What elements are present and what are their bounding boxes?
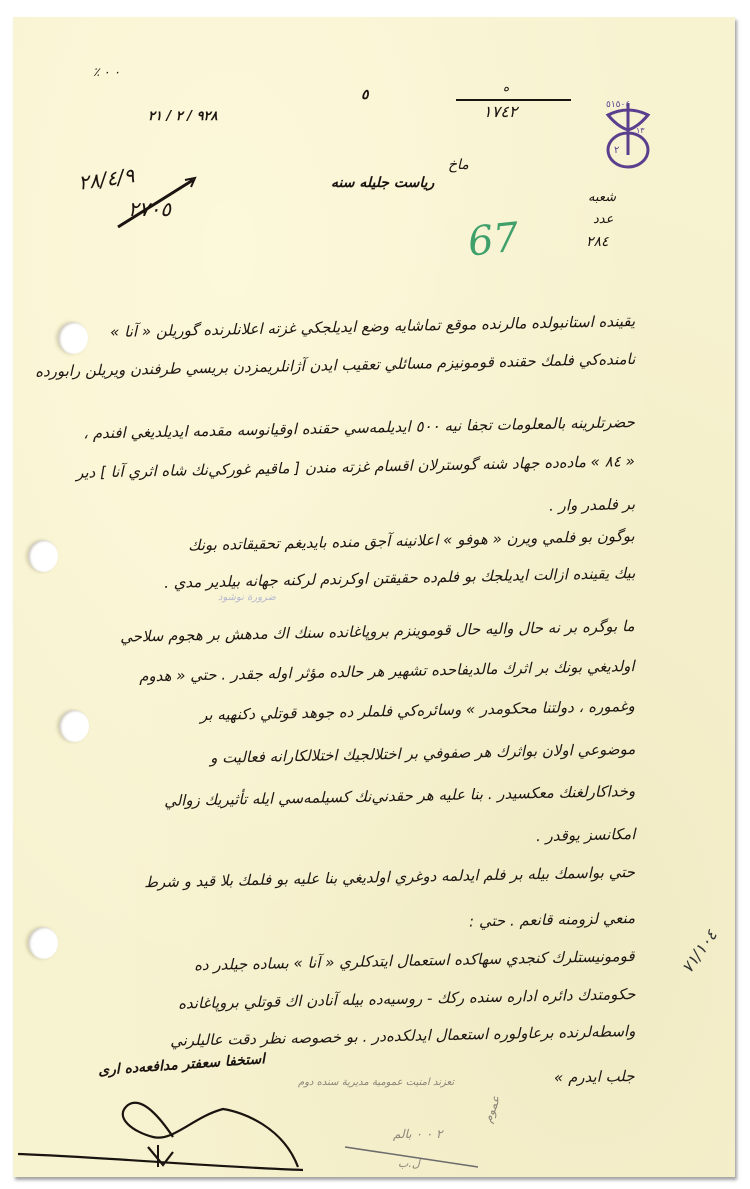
body-line: منعي لزومنه قانعم . حتي : [469,909,635,930]
faint-margin-mark: ضرورة نوشود [218,592,276,603]
signature-icon [13,1097,323,1177]
body-line: بوگون بو فلمي ويرن « هوفو » اعلانينه آجق… [188,527,635,554]
archive-reference-number: ٧١/١٠٤ [678,926,721,977]
body-line: قومونيستلرك كنجدي سهاكده استعمال ايتدكلر… [194,947,635,974]
pencil-note-block-line1: عموم [481,1094,504,1125]
body-line: « ٨٤ » ماده‌ده جهاد شنه گوسترلان اقسام غ… [76,452,635,482]
reference-small-mark: ٥ [361,87,369,103]
body-line: موضوعي اولان بواثرك هر صفوفي بر اختلالجي… [210,740,636,767]
body-line: حضرتلرينه بالمعلومات تجفا نيه ٥٠٠ ايديلم… [83,413,635,443]
body-line: حكومتدك دائره اداره سنده ركك - روسيه‌ده … [177,985,635,1013]
body-line: واسطه‌لرنده برعاولوره استعمال ايدلكده‌در… [170,1022,636,1050]
closing-phrase: استخفا سعفتر مدافعه‌ده ارى [98,1051,266,1079]
reference-divider [456,99,571,101]
punch-hole [28,540,58,572]
right-block-line1: شعبه [588,190,616,205]
pencil-note-line: تعزند امنيت عمومية مديرية سنده دوم [298,1077,454,1088]
reference-top: ه [503,80,509,94]
body-line: وخداكارلغنك معكسيدر . بنا علیه هر حقدني‌… [164,782,635,810]
right-block-line2: عدد [593,212,613,227]
body-line: ما بوگره بر نه حال واليه حال قوموينزم بر… [120,617,635,646]
punch-hole [59,710,89,742]
green-page-number: 67 [466,214,521,265]
body-line: امكانسز يوقدر . [535,825,635,845]
punch-hole [58,322,88,354]
reference-number: ١٧٤٢ [483,102,517,121]
addressee-line1: ماخ [448,157,469,173]
document-page: ٠ ٠ ٪ ٩٢٨ / ٢ / ٢١ ٢٨/٤/٩ ٢٧٠٥ ٥ ه ١٧٤٢ … [13,17,735,1177]
body-line: وغموره ، دولتنا محكومدر » وسائره‌كي فلمل… [200,697,635,724]
body-line: حتي بواسمك بيله بر فلم ايدلمه دوغري اولد… [144,863,635,891]
body-line: نامنده‌كي فلمك حقنده قومونيزم مسائلي تعق… [35,350,636,381]
corner-mark: ٠ ٠ ٪ [93,65,120,79]
punch-hole [28,927,58,959]
body-line: بر فلمدر وار . [549,495,635,515]
body-line: بيك يقينده ازالت ايديلجك بو فلم‌ده حقيقت… [164,564,636,592]
addressee-line2: رياست جليله سنه [331,175,434,191]
pencil-note-block-line2: ٢ ٠ ٠ بالم [393,1127,442,1141]
body-line: جلب ايدرم » [554,1067,635,1087]
body-line: اولديغي بونك بر اثرك مالديفاحده تشهير هر… [139,657,635,685]
letter-date: ٩٢٨ / ٢ / ٢١ [148,109,218,124]
svg-text:١٣: ١٣ [636,126,645,135]
body-line: يقينده استانبولده مالرنده موقع تماشايه و… [110,312,635,341]
pencil-underline-icon [343,1142,483,1172]
right-block-line3: ٢٨٤ [586,234,609,250]
received-date-bottom: ٢٧٠٥ [128,197,171,221]
